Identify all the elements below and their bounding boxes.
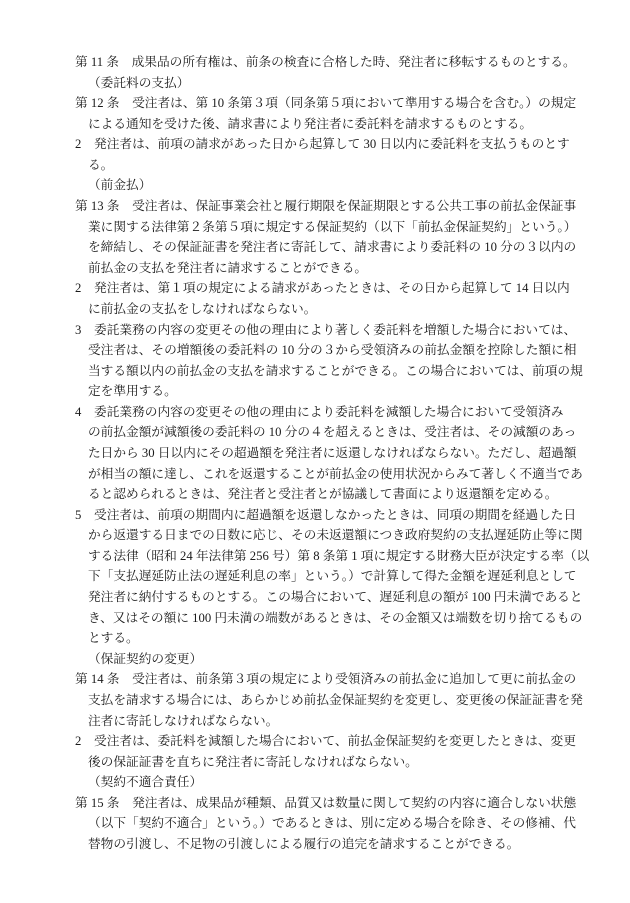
continuation-line: 定を準用する。	[75, 381, 585, 402]
continuation-line: に前払金の支払をしなければならない。	[75, 299, 585, 320]
contract-text-block: 第 11 条 成果品の所有権は、前条の検査に合格した時、発注者に移転するものとす…	[75, 52, 585, 855]
article-line: 第 12 条 受注者は、第 10 条第３項（同条第５項において準用する場合を含む…	[75, 93, 585, 114]
continuation-line: ると認められるときは、発注者と受注者とが協議して書面により返還額を定める。	[75, 484, 585, 505]
continuation-line: き、又はその額に 100 円未満の端数があるときは、その金額又は端数を切り捨てる…	[75, 608, 585, 629]
continuation-line: 下「支払遅延防止法の遅延利息の率」という。）で計算して得た金額を遅延利息として	[75, 566, 585, 587]
paragraph-line: 2 受注者は、委託料を減額した場合において、前払金保証契約を変更したときは、変更	[75, 731, 585, 752]
continuation-line: 支払を請求する場合には、あらかじめ前払金保証契約を変更し、変更後の保証証書を発	[75, 690, 585, 711]
document-page: 第 11 条 成果品の所有権は、前条の検査に合格した時、発注者に移転するものとす…	[0, 0, 630, 903]
continuation-line: （以下「契約不適合」という。）であるときは、別に定める場合を除き、その修補、代	[75, 813, 585, 834]
section-heading: （委託料の支払）	[75, 73, 585, 94]
section-heading: （契約不適合責任）	[75, 772, 585, 793]
section-heading: （前金払）	[75, 175, 585, 196]
continuation-line: 注者に寄託しなければならない。	[75, 711, 585, 732]
continuation-line: 後の保証証書を直ちに発注者に寄託しなければならない。	[75, 752, 585, 773]
continuation-line: る。	[75, 155, 585, 176]
continuation-line: 発注者に納付するものとする。この場合において、遅延利息の額が 100 円未満であ…	[75, 587, 585, 608]
continuation-line: た日から 30 日以内にその超過額を発注者に返還しなければならない。ただし、超過…	[75, 443, 585, 464]
continuation-line: 替物の引渡し、不足物の引渡しによる履行の追完を請求することができる。	[75, 834, 585, 855]
section-heading: （保証契約の変更）	[75, 649, 585, 670]
paragraph-line: 2 発注者は、第１項の規定による請求があったときは、その日から起算して 14 日…	[75, 278, 585, 299]
paragraph-line: 2 発注者は、前項の請求があった日から起算して 30 日以内に委託料を支払うもの…	[75, 134, 585, 155]
paragraph-line: 4 委託業務の内容の変更その他の理由により委託料を減額した場合において受領済み	[75, 402, 585, 423]
article-line: 第 11 条 成果品の所有権は、前条の検査に合格した時、発注者に移転するものとす…	[75, 52, 585, 73]
continuation-line: とする。	[75, 628, 585, 649]
article-line: 第 15 条 発注者は、成果品が種類、品質又は数量に関して契約の内容に適合しない…	[75, 793, 585, 814]
article-line: 第 13 条 受注者は、保証事業会社と履行期限を保証期限とする公共工事の前払金保…	[75, 196, 585, 217]
paragraph-line: 5 受注者は、前項の期間内に超過額を返還しなかったときは、同項の期間を経過した日	[75, 505, 585, 526]
continuation-line: から返還する日までの日数に応じ、その未返還額につき政府契約の支払遅延防止等に関	[75, 525, 585, 546]
paragraph-line: 3 委託業務の内容の変更その他の理由により著しく委託料を増額した場合においては、	[75, 320, 585, 341]
continuation-line: による通知を受けた後、請求書により発注者に委託料を請求するものとする。	[75, 114, 585, 135]
article-line: 第 14 条 受注者は、前条第３項の規定により受領済みの前払金に追加して更に前払…	[75, 669, 585, 690]
continuation-line: の前払金額が減額後の委託料の 10 分の４を超えるときは、受注者は、その減額のあ…	[75, 422, 585, 443]
continuation-line: 前払金の支払を発注者に請求することができる。	[75, 258, 585, 279]
continuation-line: 当する額以内の前払金の支払を請求することができる。この場合においては、前項の規	[75, 361, 585, 382]
continuation-line: が相当の額に達し、これを返還することが前払金の使用状況からみて著しく不適当であ	[75, 464, 585, 485]
continuation-line: する法律（昭和 24 年法律第 256 号）第 8 条第 1 項に規定する財務大…	[75, 546, 585, 567]
continuation-line: 業に関する法律第２条第５項に規定する保証契約（以下「前払金保証契約」という。）	[75, 217, 585, 238]
continuation-line: を締結し、その保証証書を発注者に寄託して、請求書により委託料の 10 分の３以内…	[75, 237, 585, 258]
continuation-line: 受注者は、その増額後の委託料の 10 分の３から受領済みの前払金額を控除した額に…	[75, 340, 585, 361]
